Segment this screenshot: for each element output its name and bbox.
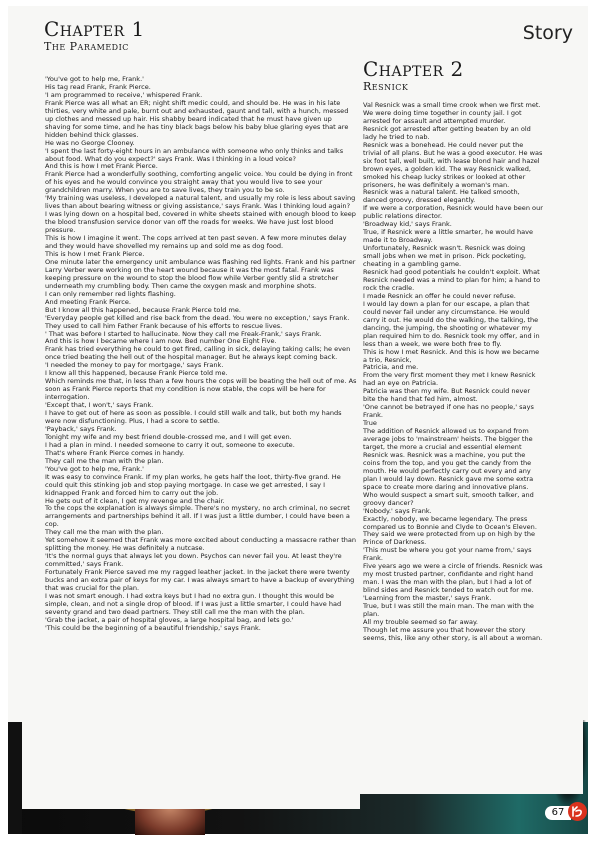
paragraph: Yet somehow it seemed that Frank was mor… — [45, 537, 357, 553]
paragraph: 'My training was useless, I developed a … — [45, 195, 357, 211]
paragraph: Resnick had good potentials he couldn't … — [363, 269, 543, 293]
paragraph: I was lying down on a hospital bed, cove… — [45, 211, 357, 235]
paragraph: 'It's the normal guys that always let yo… — [45, 553, 357, 569]
paragraph: Patricia was then my wife. But Resnick c… — [363, 388, 543, 404]
paragraph: If we were a corporation, Resnick would … — [363, 205, 543, 221]
paragraph: Resnick was a natural talent. He talked … — [363, 189, 543, 205]
paragraph: I was not smart enough. I had extra keys… — [45, 593, 357, 617]
paragraph: Fortunately Frank Pierce saved me my rag… — [45, 569, 357, 593]
paragraph: It was easy to convince Frank. If my pla… — [45, 474, 357, 498]
paragraph: Which reminds me that, in less than a fe… — [45, 378, 357, 402]
paragraph: 'One cannot be betrayed if one has no pe… — [363, 404, 543, 420]
paragraph: True, if Resnick were a little smarter, … — [363, 229, 543, 245]
paragraph: Frank has tried everything he could to g… — [45, 346, 357, 362]
chapter1-body: 'You've got to help me, Frank.' His tag … — [45, 76, 357, 633]
chapter1-heading: Chapter 1 The Paramedic — [44, 18, 145, 53]
paragraph: Frank Pierce had a wonderfully soothing,… — [45, 171, 357, 195]
paragraph: Though let me assure you that however th… — [363, 627, 543, 643]
chapter2-subtitle: Resnick — [363, 80, 464, 93]
paragraph: Unfortunately, Resnick wasn't. Resnick w… — [363, 245, 543, 269]
chapter1-subtitle: The Paramedic — [44, 40, 145, 53]
paragraph: From the very first moment they met I kn… — [363, 372, 543, 388]
chapter2-heading: Chapter 2 Resnick — [363, 58, 464, 93]
paragraph: Five years ago we were a circle of frien… — [363, 563, 543, 595]
paragraph: 'I spent the last forty-eight hours in a… — [45, 148, 357, 164]
chapter2-title: Chapter 2 — [363, 58, 464, 80]
paragraph: True, but I was still the main man. The … — [363, 603, 543, 619]
paragraph: This is how I imagine it went. The cops … — [45, 235, 357, 251]
left-illustration-strip — [8, 722, 22, 834]
paragraph: One minute later the emergency unit ambu… — [45, 259, 357, 291]
paragraph: Exactly, nobody, we became legendary. Th… — [363, 516, 543, 548]
paragraph: Frank Pierce was all what an ER; night s… — [45, 100, 357, 140]
paragraph: I have to get out of here as soon as pos… — [45, 410, 357, 426]
magazine-logo-icon — [568, 802, 587, 821]
paragraph: Resnick got arrested after getting beate… — [363, 126, 543, 142]
paragraph: Val Resnick was a small time crook when … — [363, 102, 543, 126]
paragraph: The addition of Resnick allowed us to ex… — [363, 428, 543, 508]
chapter1-title: Chapter 1 — [44, 18, 145, 40]
chapter2-body: Val Resnick was a small time crook when … — [363, 102, 543, 643]
paragraph: 'This must be where you got your name fr… — [363, 547, 543, 563]
section-title: Story — [523, 22, 573, 44]
paragraph: This is how I met Resnick. And this is h… — [363, 349, 543, 365]
paragraph: 'This could be the beginning of a beauti… — [45, 625, 357, 633]
paragraph: Resnick was a bonehead. He could never p… — [363, 142, 543, 190]
paragraph: To the cops the explanation is always si… — [45, 505, 357, 529]
paragraph: I would lay down a plan for our escape, … — [363, 301, 543, 349]
